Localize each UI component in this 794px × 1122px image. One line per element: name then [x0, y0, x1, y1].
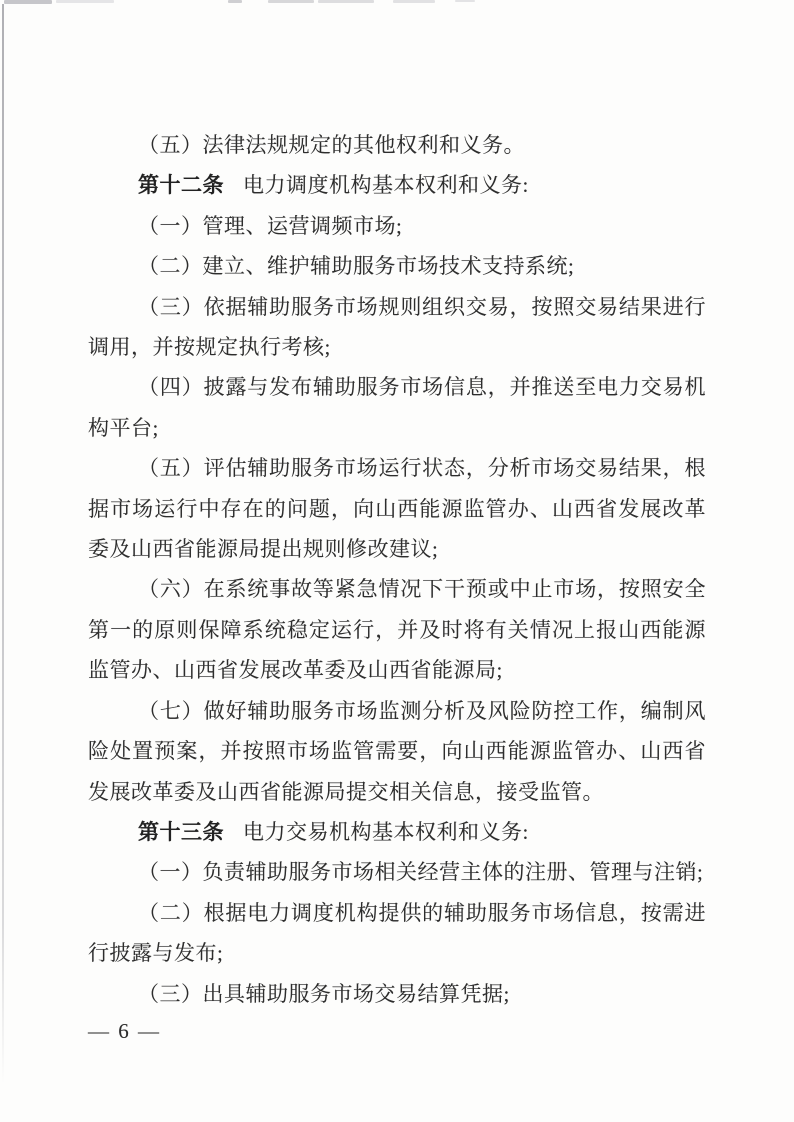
article-12-clause-4: （四）披露与发布辅助服务市场信息，并推送至电力交易机构平台;: [88, 367, 706, 448]
article-12-clause-7: （七）做好辅助服务市场监测分析及风险防控工作，编制风险处置预案，并按照市场监管需…: [88, 691, 706, 812]
scan-artifact: [268, 0, 314, 3]
article-12-clause-2: （二）建立、维护辅助服务市场技术支持系统;: [88, 246, 706, 286]
article-12-clause-1: （一）管理、运营调频市场;: [88, 206, 706, 246]
scanned-document-page: （五）法律法规规定的其他权利和义务。 第十二条电力调度机构基本权利和义务: （一…: [0, 0, 794, 1122]
article-12-heading: 第十二条电力调度机构基本权利和义务:: [88, 165, 706, 205]
document-body: （五）法律法规规定的其他权利和义务。 第十二条电力调度机构基本权利和义务: （一…: [88, 125, 706, 1014]
scan-artifact: [228, 0, 242, 3]
clause-item-5-prev-article: （五）法律法规规定的其他权利和义务。: [88, 125, 706, 165]
article-12-number: 第十二条: [138, 173, 224, 197]
scan-artifact: [393, 0, 435, 3]
article-12-title: 电力调度机构基本权利和义务:: [243, 173, 529, 197]
scan-artifact: [56, 0, 114, 3]
article-13-clause-2: （二）根据电力调度机构提供的辅助服务市场信息，按需进行披露与发布;: [88, 893, 706, 974]
article-13-clause-1: （一）负责辅助服务市场相关经营主体的注册、管理与注销;: [88, 852, 706, 892]
page-number: — 6 —: [88, 1019, 161, 1044]
article-13-heading: 第十三条电力交易机构基本权利和义务:: [88, 812, 706, 852]
scan-artifact: [4, 0, 52, 4]
scan-edge-artifact: [2, 4, 4, 1084]
article-12-clause-5: （五）评估辅助服务市场运行状态，分析市场交易结果，根据市场运行中存在的问题，向山…: [88, 448, 706, 569]
article-12-clause-6: （六）在系统事故等紧急情况下干预或中止市场，按照安全第一的原则保障系统稳定运行，…: [88, 569, 706, 690]
scan-artifact: [455, 0, 475, 2]
article-13-title: 电力交易机构基本权利和义务:: [243, 820, 529, 844]
article-12-clause-3: （三）依据辅助服务市场规则组织交易，按照交易结果进行调用，并按规定执行考核;: [88, 287, 706, 368]
article-13-number: 第十三条: [138, 820, 224, 844]
article-13-clause-3: （三）出具辅助服务市场交易结算凭据;: [88, 974, 706, 1014]
scan-artifact: [318, 0, 374, 3]
